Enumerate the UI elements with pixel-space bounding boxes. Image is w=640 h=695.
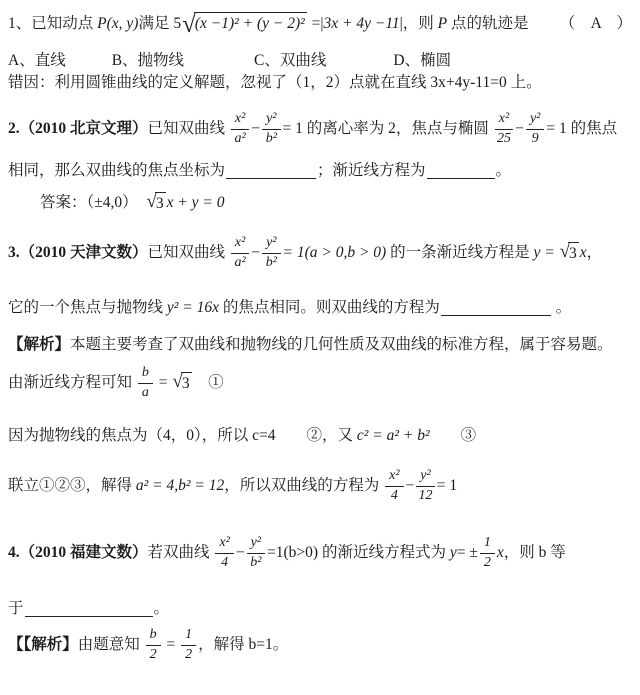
math-run: c² = a² + b² bbox=[357, 426, 430, 447]
problem-3-analysis-step-1: 由渐近线方程可知 ba = √3 ① bbox=[8, 365, 632, 402]
text-run: 。 bbox=[552, 298, 571, 319]
text-run: =1(b>0) bbox=[267, 543, 318, 564]
fraction-denominator: 2 bbox=[185, 646, 192, 664]
text-run: C、双曲线 bbox=[254, 51, 326, 72]
text-run: = ± bbox=[457, 543, 478, 564]
math-run: x bbox=[497, 543, 504, 564]
fraction: b2 bbox=[146, 627, 161, 664]
fraction-numerator: x² bbox=[231, 111, 249, 130]
bold-label: 2.（2010 北京文理） bbox=[8, 119, 148, 140]
fraction-numerator: y² bbox=[262, 235, 280, 254]
answer-blank bbox=[226, 163, 316, 179]
radical: √3 bbox=[146, 192, 165, 215]
text-run: = bbox=[155, 373, 172, 394]
spacer bbox=[66, 61, 112, 62]
fraction: 12 bbox=[181, 627, 196, 664]
math-run: P bbox=[438, 14, 447, 35]
text-run: 已知双曲线 bbox=[148, 243, 229, 264]
bold-label: 【【解析】 bbox=[8, 635, 78, 656]
fraction: y²9 bbox=[526, 111, 544, 148]
text-run: =| bbox=[308, 14, 324, 35]
radicand: 3 bbox=[568, 242, 579, 265]
problem-3-statement-line-2: 它的一个焦点与抛物线 y² = 16x 的焦点相同。则双曲线的方程为 。 bbox=[8, 298, 632, 319]
text-run: 满足 5 bbox=[138, 14, 181, 35]
fraction: y²b² bbox=[262, 235, 280, 272]
text-run: 。 bbox=[496, 161, 512, 182]
fraction: x²a² bbox=[231, 111, 249, 148]
problem-3-analysis-step-3: 联立①②③，解得 a² = 4,b² = 12，所以双曲线的方程为 x²4−y²… bbox=[8, 468, 632, 505]
text-run: − bbox=[236, 543, 245, 564]
bold-label: 4.（2010 福建文数） bbox=[8, 543, 148, 564]
math-run: y bbox=[450, 543, 457, 564]
text-run: = bbox=[163, 635, 180, 656]
fraction: y²b² bbox=[262, 111, 280, 148]
radicand: 3 bbox=[155, 192, 166, 215]
fraction-denominator: b² bbox=[250, 554, 261, 572]
problem-3-analysis-step-2: 因为抛物线的焦点为（4，0），所以 c=4 ②，又 c² = a² + b² ③ bbox=[8, 426, 632, 447]
fraction-numerator: y² bbox=[416, 468, 434, 487]
fraction-numerator: x² bbox=[231, 235, 249, 254]
text-run: 它的一个焦点与抛物线 bbox=[8, 298, 167, 319]
text-run: 。 bbox=[154, 599, 170, 620]
fraction-denominator: 25 bbox=[497, 130, 511, 148]
fraction-denominator: b² bbox=[266, 130, 277, 148]
radical: √(x −1)² + (y − 2)² bbox=[182, 12, 307, 37]
text-run: A、直线 bbox=[8, 51, 66, 72]
text-run: 于 bbox=[8, 599, 24, 620]
text-run: 的焦点 bbox=[567, 119, 617, 140]
text-run: 本题主要考查了双曲线和抛物线的几何性质及双曲线的标准方程，属于容易题。 bbox=[70, 335, 613, 356]
radical: √3 bbox=[560, 242, 579, 265]
bold-label: 3.（2010 天津文数） bbox=[8, 243, 148, 264]
problem-2-answer: 答案：（±4,0） √3x + y = 0 bbox=[40, 192, 632, 215]
radicand: (x −1)² + (y − 2)² bbox=[194, 12, 307, 35]
fraction: x²4 bbox=[385, 468, 403, 505]
spacer bbox=[529, 24, 560, 25]
fraction-denominator: 2 bbox=[150, 646, 157, 664]
problem-4-analysis: 【【解析】由题意知 b2 = 12，解得 b=1。 bbox=[8, 627, 632, 664]
problem-3-analysis-intro: 【解析】本题主要考查了双曲线和抛物线的几何性质及双曲线的标准方程，属于容易题。 bbox=[8, 335, 632, 356]
text-run: 的焦点相同。则双曲线的方程为 bbox=[219, 298, 440, 319]
text-run: 已知双曲线 bbox=[148, 119, 229, 140]
text-run: 的一条渐近线方程是 bbox=[386, 243, 533, 264]
math-run: y = bbox=[533, 243, 558, 264]
text-run: − bbox=[406, 476, 415, 497]
fraction-denominator: 9 bbox=[532, 130, 539, 148]
radicand: 3 bbox=[181, 372, 192, 395]
problem-4-statement-line-2: 于。 bbox=[8, 599, 632, 620]
spacer bbox=[326, 61, 393, 62]
problem-2-statement-line-1: 2.（2010 北京文理）已知双曲线 x²a²−y²b²= 1 的离心率为 2，… bbox=[8, 111, 632, 148]
fraction: 12 bbox=[480, 535, 495, 572]
problem-2-statement-line-2: 相同，那么双曲线的焦点坐标为；渐近线方程为。 bbox=[8, 161, 632, 182]
spacer bbox=[184, 61, 254, 62]
fraction-numerator: x² bbox=[385, 468, 403, 487]
text-run: 答案：（±4,0） bbox=[40, 193, 145, 214]
fraction-denominator: 4 bbox=[221, 554, 228, 572]
text-run: − bbox=[251, 243, 260, 264]
problem-1-choices: A、直线B、抛物线C、双曲线D、椭圆 bbox=[8, 51, 632, 72]
fraction-numerator: b bbox=[146, 627, 161, 646]
fraction-numerator: y² bbox=[262, 111, 280, 130]
text-run: 由渐近线方程可知 bbox=[8, 373, 136, 394]
fraction: x²a² bbox=[231, 235, 249, 272]
fraction: x²25 bbox=[495, 111, 513, 148]
text-run: 的离心率为 2，焦点与椭圆 bbox=[303, 119, 493, 140]
text-run: 因为抛物线的焦点为（4，0），所以 c=4 ②，又 bbox=[8, 426, 357, 447]
fraction-numerator: b bbox=[138, 365, 153, 384]
answer-blank bbox=[427, 163, 495, 179]
text-run: = 1 bbox=[283, 119, 303, 140]
fraction: ba bbox=[138, 365, 153, 402]
problem-4-statement-line-1: 4.（2010 福建文数）若双曲线 x²4−y²b²=1(b>0) 的渐近线方程… bbox=[8, 535, 632, 572]
text-run: （ A ） bbox=[560, 14, 632, 35]
text-run: B、抛物线 bbox=[112, 51, 184, 72]
answer-blank bbox=[25, 601, 153, 617]
math-run: y² = 16x bbox=[167, 298, 219, 319]
bold-label: 【解析】 bbox=[8, 335, 70, 356]
math-run: = 1(a > 0,b > 0) bbox=[283, 243, 387, 264]
fraction-numerator: y² bbox=[526, 111, 544, 130]
text-run: 错因：利用圆锥曲线的定义解题，忽视了（1，2）点就在直线 3x+4y-11=0 … bbox=[8, 73, 542, 94]
text-run: ；渐近线方程为 bbox=[317, 161, 426, 182]
text-run: ，则 b 等 bbox=[504, 543, 566, 564]
problem-1-statement: 1、已知动点 P(x, y)满足 5√(x −1)² + (y − 2)² =|… bbox=[8, 12, 632, 37]
text-run: 相同，那么双曲线的焦点坐标为 bbox=[8, 161, 225, 182]
math-run: x bbox=[580, 243, 587, 264]
text-run: ① bbox=[193, 373, 224, 394]
fraction-denominator: a bbox=[142, 384, 149, 402]
fraction-denominator: 2 bbox=[484, 554, 491, 572]
text-run: 联立①②③，解得 bbox=[8, 476, 136, 497]
fraction-denominator: 12 bbox=[419, 487, 433, 505]
problem-3-statement-line-1: 3.（2010 天津文数）已知双曲线 x²a²−y²b²= 1(a > 0,b … bbox=[8, 235, 632, 272]
fraction-numerator: x² bbox=[215, 535, 233, 554]
text-run: 的渐近线方程式为 bbox=[318, 543, 450, 564]
text-run: 由题意知 bbox=[78, 635, 144, 656]
fraction: y²b² bbox=[247, 535, 265, 572]
fraction-numerator: 1 bbox=[480, 535, 495, 554]
document-page: 1、已知动点 P(x, y)满足 5√(x −1)² + (y − 2)² =|… bbox=[0, 0, 640, 695]
fraction-numerator: y² bbox=[247, 535, 265, 554]
answer-blank bbox=[441, 300, 551, 316]
text-run: ，解得 b=1。 bbox=[198, 635, 288, 656]
text-run: 点的轨迹是 bbox=[447, 14, 528, 35]
text-run: D、椭圆 bbox=[393, 51, 451, 72]
fraction-denominator: a² bbox=[235, 254, 246, 272]
fraction-numerator: x² bbox=[495, 111, 513, 130]
fraction: y²12 bbox=[416, 468, 434, 505]
problem-1-error-note: 错因：利用圆锥曲线的定义解题，忽视了（1，2）点就在直线 3x+4y-11=0 … bbox=[8, 73, 632, 94]
text-run: ， bbox=[587, 243, 603, 264]
text-run: = 1 bbox=[546, 119, 566, 140]
text-run: = 1 bbox=[437, 476, 457, 497]
text-run: 若双曲线 bbox=[148, 543, 214, 564]
text-run: ，所以双曲线的方程为 bbox=[224, 476, 383, 497]
radical: √3 bbox=[172, 372, 191, 395]
math-run: x + y = 0 bbox=[167, 193, 225, 214]
text-run: − bbox=[251, 119, 260, 140]
fraction-denominator: 4 bbox=[391, 487, 398, 505]
fraction-numerator: 1 bbox=[181, 627, 196, 646]
math-run: 3x + 4y −11 bbox=[324, 14, 400, 35]
fraction: x²4 bbox=[215, 535, 233, 572]
fraction-denominator: b² bbox=[266, 254, 277, 272]
text-run: 1、已知动点 bbox=[8, 14, 97, 35]
text-run: ③ bbox=[430, 426, 477, 447]
text-run: |，则 bbox=[400, 14, 438, 35]
fraction-denominator: a² bbox=[235, 130, 246, 148]
text-run: − bbox=[515, 119, 524, 140]
math-run: a² = 4,b² = 12 bbox=[136, 476, 224, 497]
math-run: P(x, y) bbox=[97, 14, 138, 35]
